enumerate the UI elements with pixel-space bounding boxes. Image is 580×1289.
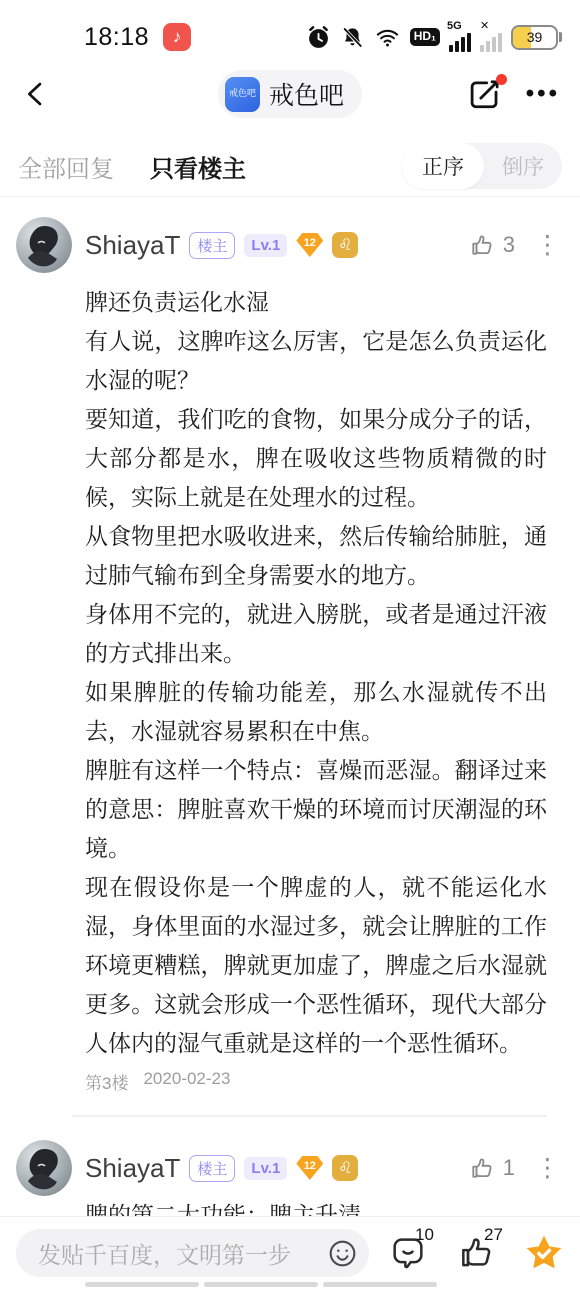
status-icons: HD₁ 5G ✕ 39 bbox=[306, 23, 562, 52]
thread-like-button[interactable]: 27 bbox=[457, 1233, 497, 1273]
sort-descending-button[interactable]: 倒序 bbox=[484, 151, 562, 181]
tabs-divider bbox=[0, 196, 580, 197]
alarm-icon bbox=[306, 25, 331, 50]
handle-segment bbox=[323, 1282, 437, 1287]
post-paragraph: 脾还负责运化水湿 bbox=[85, 283, 547, 322]
comments-count: 10 bbox=[415, 1225, 434, 1245]
post-meta: 第3楼 2020-02-23 bbox=[85, 1069, 230, 1094]
post-overflow-menu-icon[interactable]: ⋮ bbox=[535, 233, 560, 258]
op-badge: 楼主 bbox=[189, 232, 235, 259]
post-paragraph: 有人说，这脾咋这么厉害，它是怎么负责运化水湿的呢？ bbox=[85, 322, 547, 400]
forum-app-icon: 戒色吧 bbox=[225, 77, 260, 112]
thumbs-up-icon bbox=[469, 232, 496, 259]
status-bar: 18:18 ♪ HD₁ 5G ✕ 39 bbox=[0, 16, 580, 58]
author-name[interactable]: ShiayaT bbox=[85, 230, 180, 261]
post-body: 脾还负责运化水湿 有人说，这脾咋这么厉害，它是怎么负责运化水湿的呢？ 要知道，我… bbox=[85, 283, 547, 1063]
tieba-thread-screen: 18:18 ♪ HD₁ 5G ✕ 39 bbox=[0, 0, 580, 1289]
emoji-icon[interactable] bbox=[326, 1237, 359, 1270]
reply-toolbar: 发贴千百度，文明第一步 10 27 bbox=[0, 1216, 580, 1289]
floor-number: 第3楼 bbox=[85, 1069, 128, 1094]
comments-button[interactable]: 10 bbox=[388, 1233, 428, 1273]
tab-all-replies[interactable]: 全部回复 bbox=[18, 149, 114, 184]
nav-bar: 戒色吧 戒色吧 ••• bbox=[0, 62, 580, 126]
op-badge: 楼主 bbox=[189, 1155, 235, 1182]
gem-level-badge: 12 bbox=[296, 233, 323, 257]
like-button[interactable]: 3 bbox=[469, 232, 515, 259]
post-paragraph: 要知道，我们吃的食物，如果分成分子的话，大部分都是水，脾在吸收这些物质精微的时候… bbox=[85, 400, 547, 517]
author-name[interactable]: ShiayaT bbox=[85, 1153, 180, 1184]
signal-sim2-off-icon: ✕ bbox=[480, 23, 502, 52]
reply-input[interactable]: 发贴千百度，文明第一步 bbox=[16, 1229, 369, 1277]
zodiac-leo-badge: ♌ bbox=[332, 232, 358, 258]
reply-placeholder: 发贴千百度，文明第一步 bbox=[38, 1237, 326, 1270]
reply-filter-tabs: 全部回复 只看楼主 正序 倒序 bbox=[0, 140, 580, 192]
avatar[interactable] bbox=[16, 217, 72, 273]
music-notification-icon: ♪ bbox=[163, 23, 191, 51]
post-divider bbox=[72, 1115, 547, 1117]
thread-like-count: 27 bbox=[484, 1225, 503, 1245]
more-menu-icon[interactable]: ••• bbox=[526, 80, 560, 108]
notification-dot bbox=[496, 74, 507, 85]
handle-segment bbox=[85, 1282, 199, 1287]
back-icon[interactable] bbox=[20, 78, 52, 110]
post-paragraph: 如果脾脏的传输功能差，那么水湿就传不出去，水湿就容易累积在中焦。 bbox=[85, 673, 547, 751]
battery-indicator: 39 bbox=[511, 25, 562, 50]
avatar[interactable] bbox=[16, 1140, 72, 1196]
post-header: ShiayaT 楼主 Lv.1 12 ♌ 1 ⋮ bbox=[16, 1140, 564, 1196]
thumbs-up-icon bbox=[469, 1155, 496, 1182]
clock-text: 18:18 bbox=[84, 23, 149, 52]
post-body-partial: 脾的第二大功能：脾主升清 bbox=[85, 1196, 547, 1217]
post-overflow-menu-icon[interactable]: ⋮ bbox=[535, 1156, 560, 1181]
volte-hd-badge: HD₁ bbox=[410, 28, 440, 45]
post-paragraph: 从食物里把水吸收进来，然后传输给肺脏，通过肺气输布到全身需要水的地方。 bbox=[85, 517, 547, 595]
favorite-star-button[interactable] bbox=[524, 1233, 564, 1273]
post-paragraph: 现在假设你是一个脾虚的人，就不能运化水湿，身体里面的水湿过多，就会让脾脏的工作环… bbox=[85, 868, 547, 1063]
post-paragraph: 脾脏有这样一个特点：喜燥而恶湿。翻译过来的意思：脾脏喜欢干燥的环境而讨厌潮湿的环… bbox=[85, 751, 547, 868]
like-count: 3 bbox=[503, 232, 515, 258]
tab-op-only[interactable]: 只看楼主 bbox=[150, 149, 246, 184]
wifi-icon bbox=[374, 25, 401, 50]
zodiac-leo-badge: ♌ bbox=[332, 1155, 358, 1181]
forum-title-pill[interactable]: 戒色吧 戒色吧 bbox=[218, 70, 362, 118]
level-badge: Lv.1 bbox=[244, 234, 287, 257]
post-header: ShiayaT 楼主 Lv.1 12 ♌ 3 ⋮ bbox=[16, 217, 564, 273]
mute-bell-icon bbox=[340, 25, 365, 50]
signal-5g-icon: 5G bbox=[449, 23, 471, 52]
gem-level-badge: 12 bbox=[296, 1156, 323, 1180]
sort-ascending-button[interactable]: 正序 bbox=[402, 143, 484, 189]
post-paragraph: 身体用不完的，就进入膀胱，或者是通过汗液的方式排出来。 bbox=[85, 595, 547, 673]
like-count: 1 bbox=[503, 1155, 515, 1181]
like-button[interactable]: 1 bbox=[469, 1155, 515, 1182]
sort-order-toggle: 正序 倒序 bbox=[402, 143, 562, 189]
handle-segment bbox=[204, 1282, 318, 1287]
forum-name: 戒色吧 bbox=[269, 76, 344, 112]
post-date: 2020-02-23 bbox=[143, 1069, 230, 1094]
level-badge: Lv.1 bbox=[244, 1157, 287, 1180]
bottom-handle-segments bbox=[85, 1282, 437, 1287]
compose-icon[interactable] bbox=[467, 77, 502, 112]
